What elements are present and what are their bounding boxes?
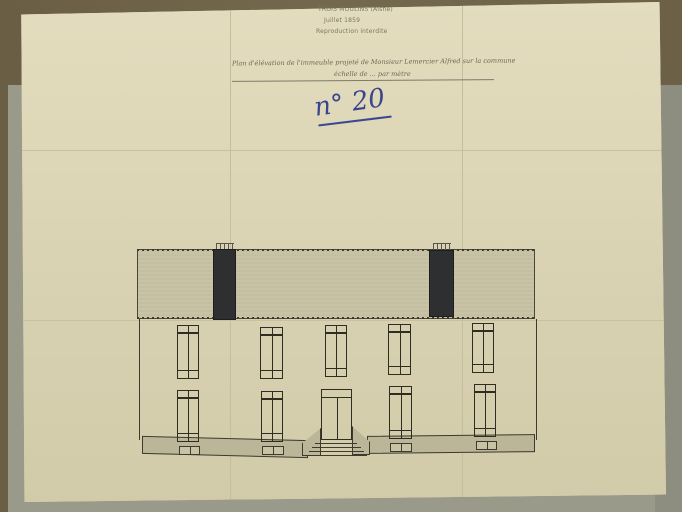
pencil-note-date: Juillet 1859	[324, 17, 360, 24]
pencil-note-restriction: Reproduction interdite	[316, 28, 388, 35]
window-upper-1	[177, 325, 199, 379]
roof	[137, 249, 535, 319]
basement-vent-4	[390, 443, 412, 452]
drawing-scale: échelle de ... par mètre	[334, 70, 411, 78]
window-upper-3	[325, 325, 347, 377]
chimney-pots-right	[433, 243, 451, 250]
step-2	[312, 447, 361, 448]
window-lower-5	[474, 384, 496, 437]
fold-line-top	[18, 150, 666, 151]
window-lower-1	[177, 390, 199, 442]
basement-vent-2	[262, 446, 284, 455]
basement-vent-5	[476, 441, 497, 450]
window-lower-4	[389, 386, 412, 439]
entrance-door	[321, 389, 352, 440]
basement-vent-1	[179, 446, 200, 455]
step-1	[315, 443, 357, 444]
step-3	[309, 451, 364, 452]
chimney-right	[429, 250, 454, 317]
chimney-left	[213, 249, 236, 320]
window-upper-4	[388, 324, 411, 375]
window-upper-2	[260, 327, 283, 379]
roof-ridge-line	[137, 249, 535, 251]
window-lower-2	[261, 391, 283, 442]
window-upper-5	[472, 323, 494, 373]
step-4	[306, 455, 367, 456]
pencil-note-place: TROIS MOULINS (Aisne)	[318, 6, 393, 13]
